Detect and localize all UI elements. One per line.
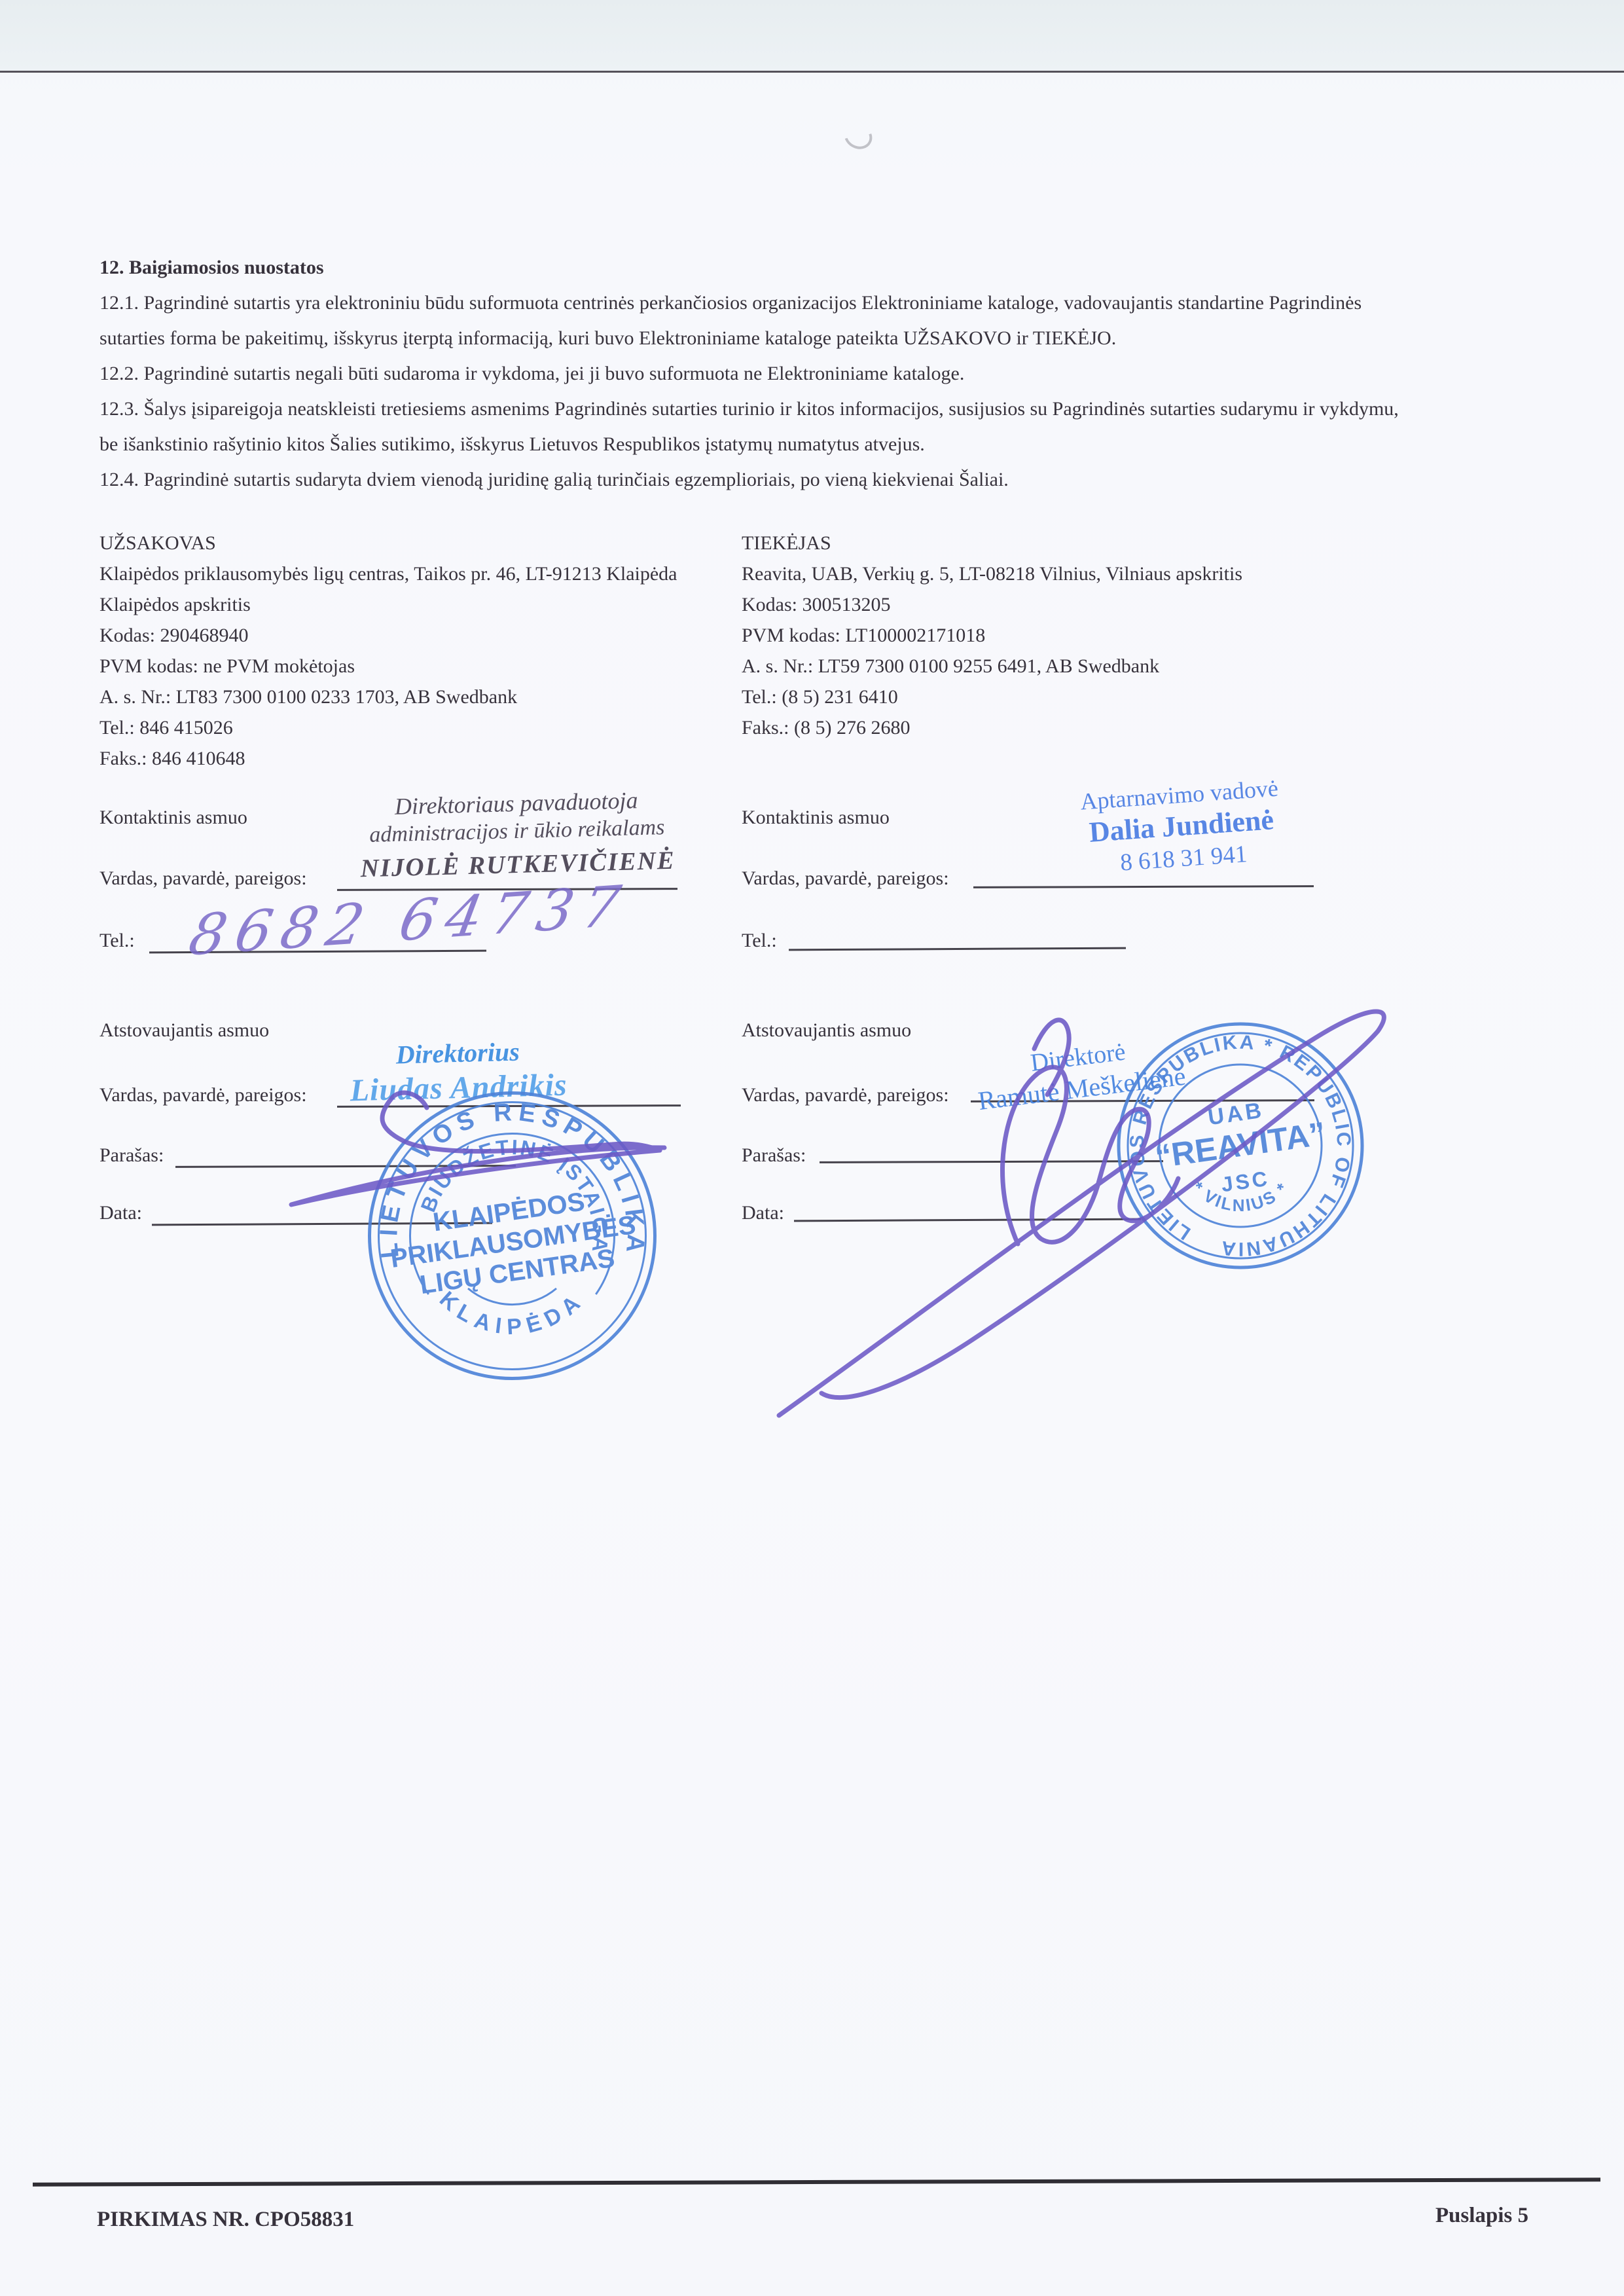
smudge-mark xyxy=(840,118,877,154)
footer-page-number: Puslapis 5 xyxy=(1435,2204,1528,2228)
final-provisions-section: 12. Baigiamosios nuostatos 12.1. Pagrind… xyxy=(99,250,1559,498)
supplier-fax: Faks.: (8 5) 276 2680 xyxy=(742,712,1242,743)
buyer-code: Kodas: 290468940 xyxy=(99,620,677,651)
buyer-phone: Tel.: 846 415026 xyxy=(99,712,677,743)
scanned-contract-page: 12. Baigiamosios nuostatos 12.1. Pagrind… xyxy=(0,0,1624,2296)
section-heading: 12. Baigiamosios nuostatos xyxy=(99,250,1559,285)
supplier-phone: Tel.: (8 5) 231 6410 xyxy=(742,682,1242,712)
buyer-details-block: UŽSAKOVAS Klaipėdos priklausomybės ligų … xyxy=(99,528,677,774)
buyer-title: UŽSAKOVAS xyxy=(99,528,677,558)
clause-12-4: 12.4. Pagrindinė sutartis sudaryta dviem… xyxy=(99,462,1559,498)
supplier-vat-code: PVM kodas: LT100002171018 xyxy=(742,620,1242,651)
buyer-county: Klaipėdos apskritis xyxy=(99,589,677,620)
buyer-contact-name-label: Vardas, pavardė, pareigos: xyxy=(99,867,307,890)
supplier-signature-sweep xyxy=(779,1011,1384,1415)
footer-procurement-number: PIRKIMAS NR. CPO58831 xyxy=(97,2208,354,2232)
footer-divider xyxy=(33,2178,1600,2187)
clause-12-3-line-2: be išankstinio rašytinio kitos Šalies su… xyxy=(99,427,1559,462)
buyer-vat-code: PVM kodas: ne PVM mokėtojas xyxy=(99,651,677,682)
clause-12-1-line-1: 12.1. Pagrindinė sutartis yra elektronin… xyxy=(99,285,1559,321)
supplier-title: TIEKĖJAS xyxy=(742,528,1242,558)
supplier-signature-ascender xyxy=(1034,1020,1069,1095)
buyer-contact-label: Kontaktinis asmuo xyxy=(99,807,247,829)
buyer-fax: Faks.: 846 410648 xyxy=(99,743,677,774)
supplier-code: Kodas: 300513205 xyxy=(742,589,1242,620)
supplier-signature-flourish xyxy=(1003,1067,1178,1244)
buyer-signature-label: Parašas: xyxy=(99,1144,164,1167)
buyer-signature xyxy=(382,1093,660,1151)
clause-12-2: 12.2. Pagrindinė sutartis negali būti su… xyxy=(99,356,1559,392)
buyer-contact-ink-stamp: Direktoriaus pavaduotoja administracijos… xyxy=(306,784,727,888)
supplier-contact-name-label: Vardas, pavardė, pareigos: xyxy=(742,867,949,890)
buyer-contact-tel-label: Tel.: xyxy=(99,930,135,952)
supplier-bank-account: A. s. Nr.: LT59 7300 0100 9255 6491, AB … xyxy=(742,651,1242,682)
buyer-address: Klaipėdos priklausomybės ligų centras, T… xyxy=(99,558,677,589)
clause-12-3-line-1: 12.3. Šalys įsipareigoja neatskleisti tr… xyxy=(99,392,1559,427)
signatures-layer xyxy=(164,917,1473,1460)
supplier-contact-stamp: Aptarnavimo vadovė Dalia Jundienė 8 618 … xyxy=(1015,769,1348,886)
clause-12-1-line-2: sutarties forma be pakeitimų, išskyrus į… xyxy=(99,321,1559,356)
buyer-signature-sweep xyxy=(291,1148,664,1205)
supplier-contact-label: Kontaktinis asmuo xyxy=(742,807,890,829)
buyer-date-label: Data: xyxy=(99,1202,142,1224)
supplier-address: Reavita, UAB, Verkių g. 5, LT-08218 Viln… xyxy=(742,558,1242,589)
supplier-details-block: TIEKĖJAS Reavita, UAB, Verkių g. 5, LT-0… xyxy=(742,528,1242,743)
scanner-edge-band xyxy=(0,0,1624,73)
buyer-bank-account: A. s. Nr.: LT83 7300 0100 0233 1703, AB … xyxy=(99,682,677,712)
